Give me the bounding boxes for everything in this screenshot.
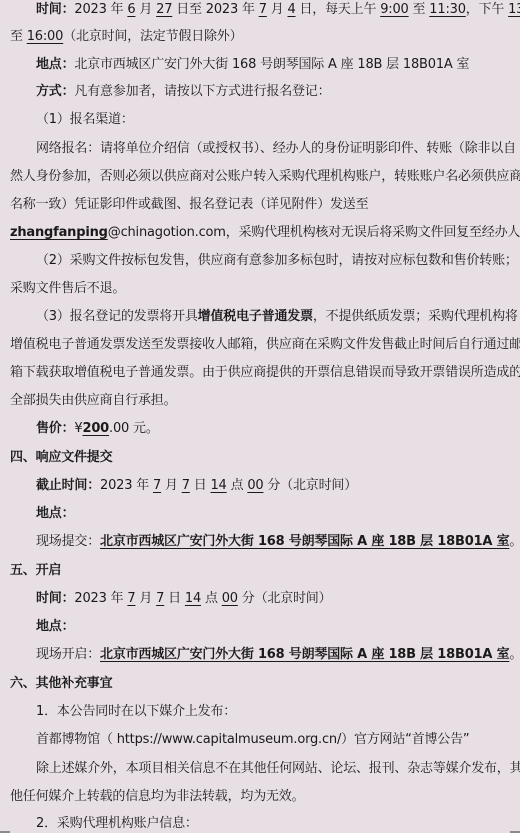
onsite-opening-line: 现场开启：北京市西城区广安门外大街 168 号朗琴国际 A 座 18B 层 18… bbox=[36, 646, 520, 664]
capital-museum-link[interactable]: https://www.capitalmuseum.org.cn/ bbox=[117, 732, 341, 747]
registration-time-line: 时间：2023 年 6 月 27 日至 2023 年 7 月 4 日，每天上午 … bbox=[36, 1, 520, 19]
am-start: 9:00 bbox=[380, 2, 408, 17]
end-day: 4 bbox=[287, 2, 295, 17]
submission-location-label: 地点： bbox=[36, 505, 74, 523]
location-label: 地点： bbox=[36, 57, 74, 72]
onsite-submission-line: 现场提交：北京市西城区广安门外大街 168 号朗琴国际 A 座 18B 层 18… bbox=[36, 533, 520, 551]
item2-line-1: （2）采购文件按标包发售，供应商有意参加多标包时，请按对应标包数和售价转账； bbox=[36, 252, 518, 270]
section6-heading: 六、其他补充事宜 bbox=[10, 675, 112, 693]
registration-method-line: 方式：凡有意参加者，请按以下方式进行报名登记： bbox=[36, 83, 330, 101]
pm-end: 16:00 bbox=[27, 29, 63, 44]
disclaimer-line-1: 除上述媒介外，本项目相关信息不在其他任何网站、论坛、报刊、杂志等媒介发布，其 bbox=[36, 760, 520, 778]
am-end: 11:30 bbox=[429, 2, 465, 17]
price-label: 售价： bbox=[36, 421, 74, 436]
item3-line-2: 增值税电子普通发票发送至发票接收人邮箱，供应商在采购文件发售截止时间后自行通过邮 bbox=[10, 336, 520, 354]
email-link[interactable]: zhangfanping bbox=[10, 225, 108, 240]
item3-line-3: 箱下载获取增值税电子普通发票。由于供应商提供的开票信息错误而导致开票错误所造成的 bbox=[10, 364, 520, 382]
item2-line-2: 采购文件售后不退。 bbox=[10, 280, 125, 298]
registration-time-line-2: 至 16:00（北京时间，法定节假日除外） bbox=[10, 28, 242, 46]
online-registration-line-4: zhangfanping@chinagotion.com，采购代理机构核对无误后… bbox=[10, 224, 520, 242]
section5-heading: 五、开启 bbox=[10, 562, 61, 580]
price-line: 售价：¥200.00 元。 bbox=[36, 420, 159, 438]
time-label: 时间： bbox=[36, 2, 74, 17]
online-registration-line-3: 名称一致）凭证影印件或截图、报名登记表（详见附件）发送至 bbox=[10, 196, 368, 214]
online-registration-line-1: 网络报名：请将单位介绍信（或授权书）、经办人的身份证明影印件、转账（除非以自 bbox=[36, 140, 516, 158]
onsite-opening-address: 北京市西城区广安门外大街 168 号朗琴国际 A 座 18B 层 18B01A … bbox=[100, 647, 509, 662]
item3-line-1: （3）报名登记的发票将开具增值税电子普通发票，不提供纸质发票；采购代理机构将 bbox=[36, 308, 518, 326]
deadline-label: 截止时间： bbox=[36, 478, 100, 493]
online-registration-line-2: 然人身份参加，否则必须以供应商对公账户转入采购代理机构账户，转账账户名必须供应商 bbox=[10, 168, 520, 186]
end-month: 7 bbox=[259, 2, 267, 17]
location-value: 北京市西城区广安门外大街 168 号朗琴国际 A 座 18B 层 18B01A … bbox=[74, 57, 469, 72]
method-value: 凡有意参加者，请按以下方式进行报名登记： bbox=[74, 84, 330, 99]
onsite-submission-address: 北京市西城区广安门外大街 168 号朗琴国际 A 座 18B 层 18B01A … bbox=[100, 534, 509, 549]
opening-time-label: 时间： bbox=[36, 591, 74, 606]
opening-location-label: 地点： bbox=[36, 618, 74, 636]
method-label: 方式： bbox=[36, 84, 74, 99]
media-website-line: 首都博物馆（ https://www.capitalmuseum.org.cn/… bbox=[36, 731, 469, 749]
item3-line-4: 全部损失由供应商自行承担。 bbox=[10, 392, 176, 410]
start-day: 27 bbox=[156, 2, 172, 17]
pm-start: 13:30 bbox=[508, 2, 520, 17]
registration-location-line: 地点：北京市西城区广安门外大街 168 号朗琴国际 A 座 18B 层 18B0… bbox=[36, 56, 469, 74]
publish-media-item: 1．本公告同时在以下媒介上发布： bbox=[36, 703, 236, 721]
price-amount: 200 bbox=[82, 421, 109, 436]
item1-title: （1）报名渠道： bbox=[36, 111, 134, 129]
email-domain: @chinagotion.com bbox=[108, 225, 226, 240]
submission-deadline-line: 截止时间：2023 年 7 月 7 日 14 点 00 分（北京时间） bbox=[36, 477, 357, 495]
section4-heading: 四、响应文件提交 bbox=[10, 449, 112, 467]
disclaimer-line-2: 他任何媒介上转载的信息均为非法转载，均为无效。 bbox=[10, 788, 304, 806]
invoice-type: 增值税电子普通发票 bbox=[198, 309, 313, 324]
opening-time-line: 时间：2023 年 7 月 7 日 14 点 00 分（北京时间） bbox=[36, 590, 331, 608]
agency-account-item: 2．采购代理机构账户信息： bbox=[36, 815, 198, 833]
